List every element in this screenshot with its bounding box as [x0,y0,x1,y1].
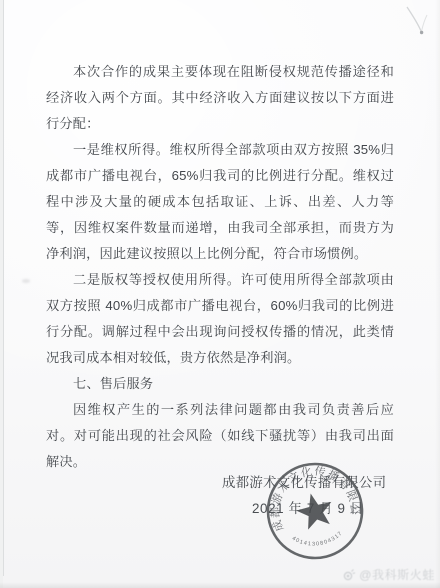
seal-code: 4014130804317 [290,524,346,554]
paragraph-rights-protection-income: 一是维权所得。维权所得全部款项由双方按照 35%归成都市广播电视台，65%归我司… [46,137,394,267]
document-page: 本次合作的成果主要体现在阻断侵权规范传播途径和经济收入两个方面。其中经济收入方面… [0,0,440,588]
paper-smudge [22,279,30,283]
paper-crease-mark [393,4,435,50]
company-seal-stamp: 成都游术文化传播有限公司 4014130804317 [260,456,370,566]
paper-right-shade [435,0,440,588]
weibo-eye-icon [342,568,356,582]
seal-star-icon [293,489,336,531]
paragraph-license-income: 二是版权等授权使用所得。许可使用所得全部款项由双方按照 40%归成都市广播电视台… [46,267,394,371]
letter-body: 本次合作的成果主要体现在阻断侵权规范传播途径和经济收入两个方面。其中经济收入方面… [46,59,394,475]
weibo-watermark: @我科斯火蛙 [342,566,435,583]
watermark-text: @我科斯火蛙 [359,566,435,583]
paragraph-cooperation-results: 本次合作的成果主要体现在阻断侵权规范传播途径和经济收入两个方面。其中经济收入方面… [46,59,394,137]
paper-edge-line [3,0,4,576]
crease-dot [420,31,423,34]
section-heading-after-sales-service: 七、售后服务 [46,371,394,397]
